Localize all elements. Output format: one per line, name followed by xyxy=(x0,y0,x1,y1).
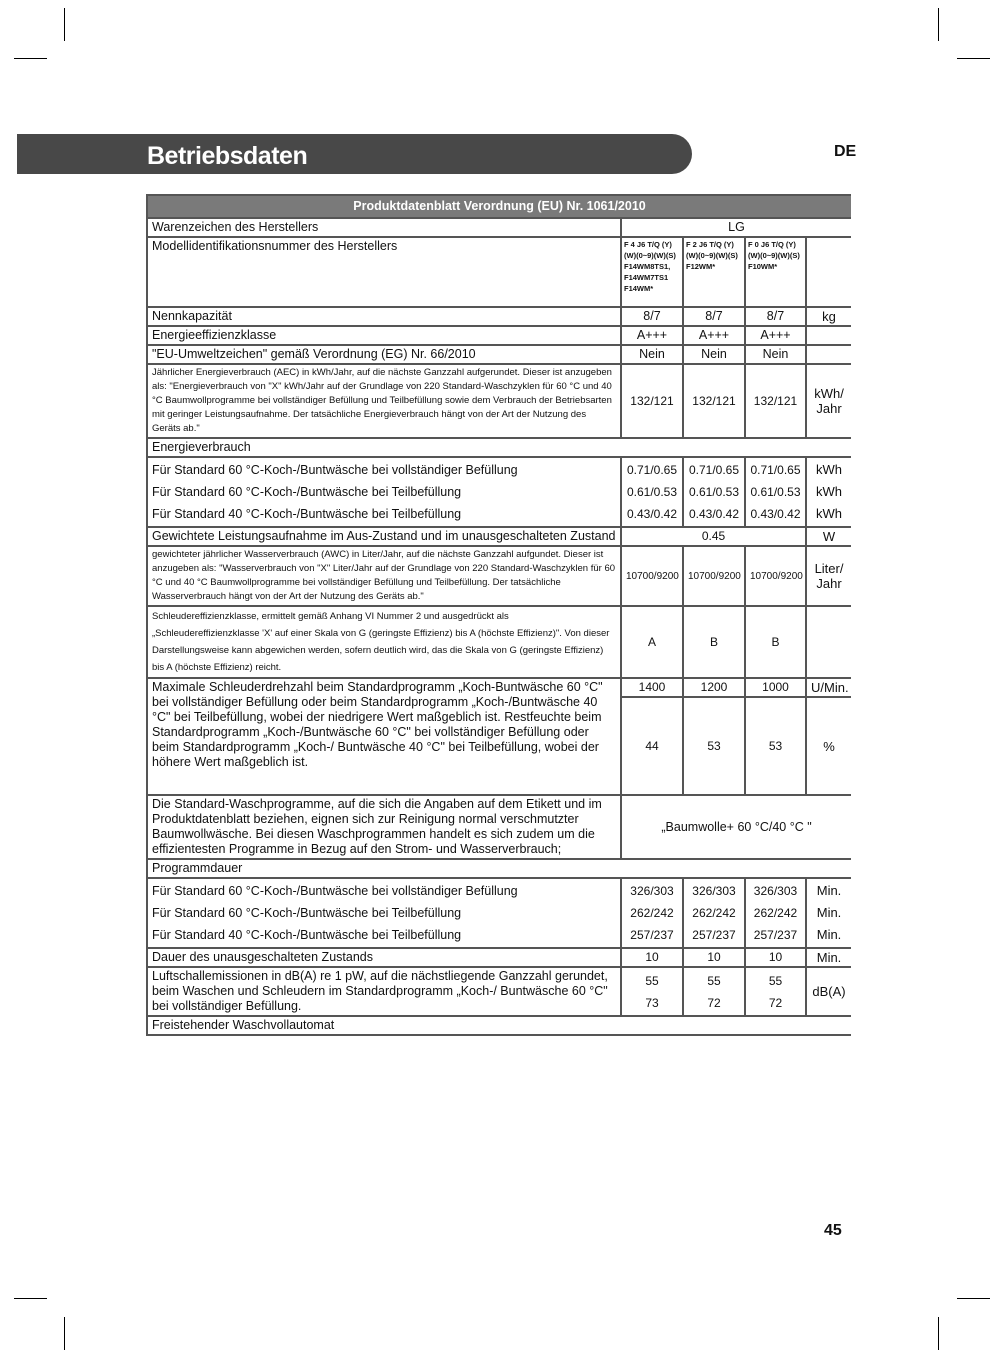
crop-mark xyxy=(957,1298,990,1299)
table-row: Für Standard 60 °C-Koch-/Buntwäsche bei … xyxy=(147,878,851,948)
crop-mark xyxy=(64,1317,65,1350)
unit-cell: % xyxy=(806,697,851,795)
row-label: Schleudereffizienzklasse, ermittelt gemä… xyxy=(147,606,621,678)
unit-cell: dB(A) xyxy=(806,967,851,1016)
value-cell: A+++ xyxy=(683,326,745,345)
value-cell: 53 xyxy=(683,697,745,795)
unit-cell xyxy=(806,606,851,678)
unit-cell: kWh kWh kWh xyxy=(806,457,851,527)
table-row: Jährlicher Energieverbrauch (AEC) in kWh… xyxy=(147,364,851,438)
crop-mark xyxy=(14,1298,47,1299)
unit-cell xyxy=(806,326,851,345)
value-cell: 55 72 xyxy=(745,967,806,1016)
value-cell: 10 xyxy=(683,948,745,967)
table-row: Luftschallemissionen in dB(A) re 1 pW, a… xyxy=(147,967,851,1016)
value-cell: A+++ xyxy=(745,326,806,345)
section-label: Energieverbrauch xyxy=(147,438,851,457)
row-label: Energieeffizienzklasse xyxy=(147,326,621,345)
table-row: Warenzeichen des Herstellers LG xyxy=(147,218,851,237)
appliance-type: Freistehender Waschvollautomat xyxy=(147,1016,851,1035)
crop-mark xyxy=(957,58,990,59)
page-title: Betriebsdaten xyxy=(147,140,307,172)
model-cell: F 2 J6 T/Q (Y)(W)(0~9)(W)(S)F12WM* xyxy=(683,237,745,307)
model-cell: F 0 J6 T/Q (Y)(W)(0~9)(W)(S)F10WM* xyxy=(745,237,806,307)
value-cell: B xyxy=(745,606,806,678)
crop-mark xyxy=(14,58,47,59)
model-cell: F 4 J6 T/Q (Y)(W)(0~9)(W)(S)F14WM8TS1,F1… xyxy=(621,237,683,307)
table-row: Die Standard-Waschprogramme, auf die sic… xyxy=(147,795,851,859)
value-cell: Nein xyxy=(745,345,806,364)
value-cell: 55 72 xyxy=(683,967,745,1016)
value-cell: „Baumwolle+ 60 °C/40 °C " xyxy=(621,795,851,859)
value-cell: 55 73 xyxy=(621,967,683,1016)
row-label: Luftschallemissionen in dB(A) re 1 pW, a… xyxy=(147,967,621,1016)
value-cell: 326/303 262/242 257/237 xyxy=(683,878,745,948)
sheet-title: Produktdatenblatt Verordnung (EU) Nr. 10… xyxy=(147,195,851,218)
row-label: Jährlicher Energieverbrauch (AEC) in kWh… xyxy=(147,364,621,438)
section-label: Programmdauer xyxy=(147,859,851,878)
row-label: Für Standard 60 °C-Koch-/Buntwäsche bei … xyxy=(147,457,621,527)
row-label: Gewichtete Leistungsaufnahme im Aus-Zust… xyxy=(147,527,621,546)
value-cell: 10700/9200 xyxy=(621,546,683,606)
table-row: Nennkapazität 8/7 8/7 8/7 kg xyxy=(147,307,851,326)
value-cell: 44 xyxy=(621,697,683,795)
table-row: Programmdauer xyxy=(147,859,851,878)
value-cell: 132/121 xyxy=(621,364,683,438)
table-row: Energieeffizienzklasse A+++ A+++ A+++ xyxy=(147,326,851,345)
value-cell: 1200 xyxy=(683,678,745,697)
table-row: Dauer des unausgeschalteten Zustands 10 … xyxy=(147,948,851,967)
value-cell: Nein xyxy=(683,345,745,364)
unit-cell: W xyxy=(806,527,851,546)
table-row: gewichteter jährlicher Wasserverbrauch (… xyxy=(147,546,851,606)
value-cell: 8/7 xyxy=(683,307,745,326)
value-cell: 53 xyxy=(745,697,806,795)
row-label: Dauer des unausgeschalteten Zustands xyxy=(147,948,621,967)
value-cell: 326/303 262/242 257/237 xyxy=(621,878,683,948)
row-label: Modellidentifikationsnummer des Herstell… xyxy=(147,237,621,307)
page-number: 45 xyxy=(824,1222,842,1240)
brand-value: LG xyxy=(621,218,851,237)
value-cell: 10 xyxy=(745,948,806,967)
unit-cell: Min. Min. Min. xyxy=(806,878,851,948)
section-banner xyxy=(17,134,692,174)
unit-cell: kg xyxy=(806,307,851,326)
value-cell: 0.71/0.65 0.61/0.53 0.43/0.42 xyxy=(683,457,745,527)
unit-cell: kWh/ Jahr xyxy=(806,364,851,438)
table-row: Schleudereffizienzklasse, ermittelt gemä… xyxy=(147,606,851,678)
value-cell: 0.45 xyxy=(621,527,806,546)
value-cell: 8/7 xyxy=(745,307,806,326)
crop-mark xyxy=(938,1317,939,1350)
value-cell: A xyxy=(621,606,683,678)
value-cell: 1400 xyxy=(621,678,683,697)
table-row: "EU-Umweltzeichen" gemäß Verordnung (EG)… xyxy=(147,345,851,364)
row-label: Warenzeichen des Herstellers xyxy=(147,218,621,237)
value-cell: Nein xyxy=(621,345,683,364)
value-cell: B xyxy=(683,606,745,678)
table-row: Maximale Schleuderdrehzahl beim Standard… xyxy=(147,678,851,697)
language-code: DE xyxy=(834,143,856,161)
value-cell: 0.71/0.65 0.61/0.53 0.43/0.42 xyxy=(621,457,683,527)
crop-mark xyxy=(64,8,65,41)
table-row: Für Standard 60 °C-Koch-/Buntwäsche bei … xyxy=(147,457,851,527)
value-cell: 0.71/0.65 0.61/0.53 0.43/0.42 xyxy=(745,457,806,527)
table-row: Modellidentifikationsnummer des Herstell… xyxy=(147,237,851,307)
row-label: Die Standard-Waschprogramme, auf die sic… xyxy=(147,795,621,859)
row-label: Für Standard 60 °C-Koch-/Buntwäsche bei … xyxy=(147,878,621,948)
crop-mark xyxy=(938,8,939,41)
value-cell: 10700/9200 xyxy=(683,546,745,606)
value-cell: 10700/9200 xyxy=(745,546,806,606)
value-cell: 1000 xyxy=(745,678,806,697)
value-cell: 326/303 262/242 257/237 xyxy=(745,878,806,948)
value-cell: 132/121 xyxy=(683,364,745,438)
table-row: Gewichtete Leistungsaufnahme im Aus-Zust… xyxy=(147,527,851,546)
table-row: Freistehender Waschvollautomat xyxy=(147,1016,851,1035)
row-label: gewichteter jährlicher Wasserverbrauch (… xyxy=(147,546,621,606)
empty-cell xyxy=(806,237,851,307)
value-cell: 8/7 xyxy=(621,307,683,326)
value-cell: 132/121 xyxy=(745,364,806,438)
unit-cell: Liter/ Jahr xyxy=(806,546,851,606)
row-label: Nennkapazität xyxy=(147,307,621,326)
value-cell: 10 xyxy=(621,948,683,967)
row-label: Maximale Schleuderdrehzahl beim Standard… xyxy=(147,678,621,795)
value-cell: A+++ xyxy=(621,326,683,345)
unit-cell xyxy=(806,345,851,364)
row-label: "EU-Umweltzeichen" gemäß Verordnung (EG)… xyxy=(147,345,621,364)
product-data-sheet: Produktdatenblatt Verordnung (EU) Nr. 10… xyxy=(146,194,851,1036)
table-row: Energieverbrauch xyxy=(147,438,851,457)
sheet-header-row: Produktdatenblatt Verordnung (EU) Nr. 10… xyxy=(147,195,851,218)
unit-cell: Min. xyxy=(806,948,851,967)
unit-cell: U/Min. xyxy=(806,678,851,697)
